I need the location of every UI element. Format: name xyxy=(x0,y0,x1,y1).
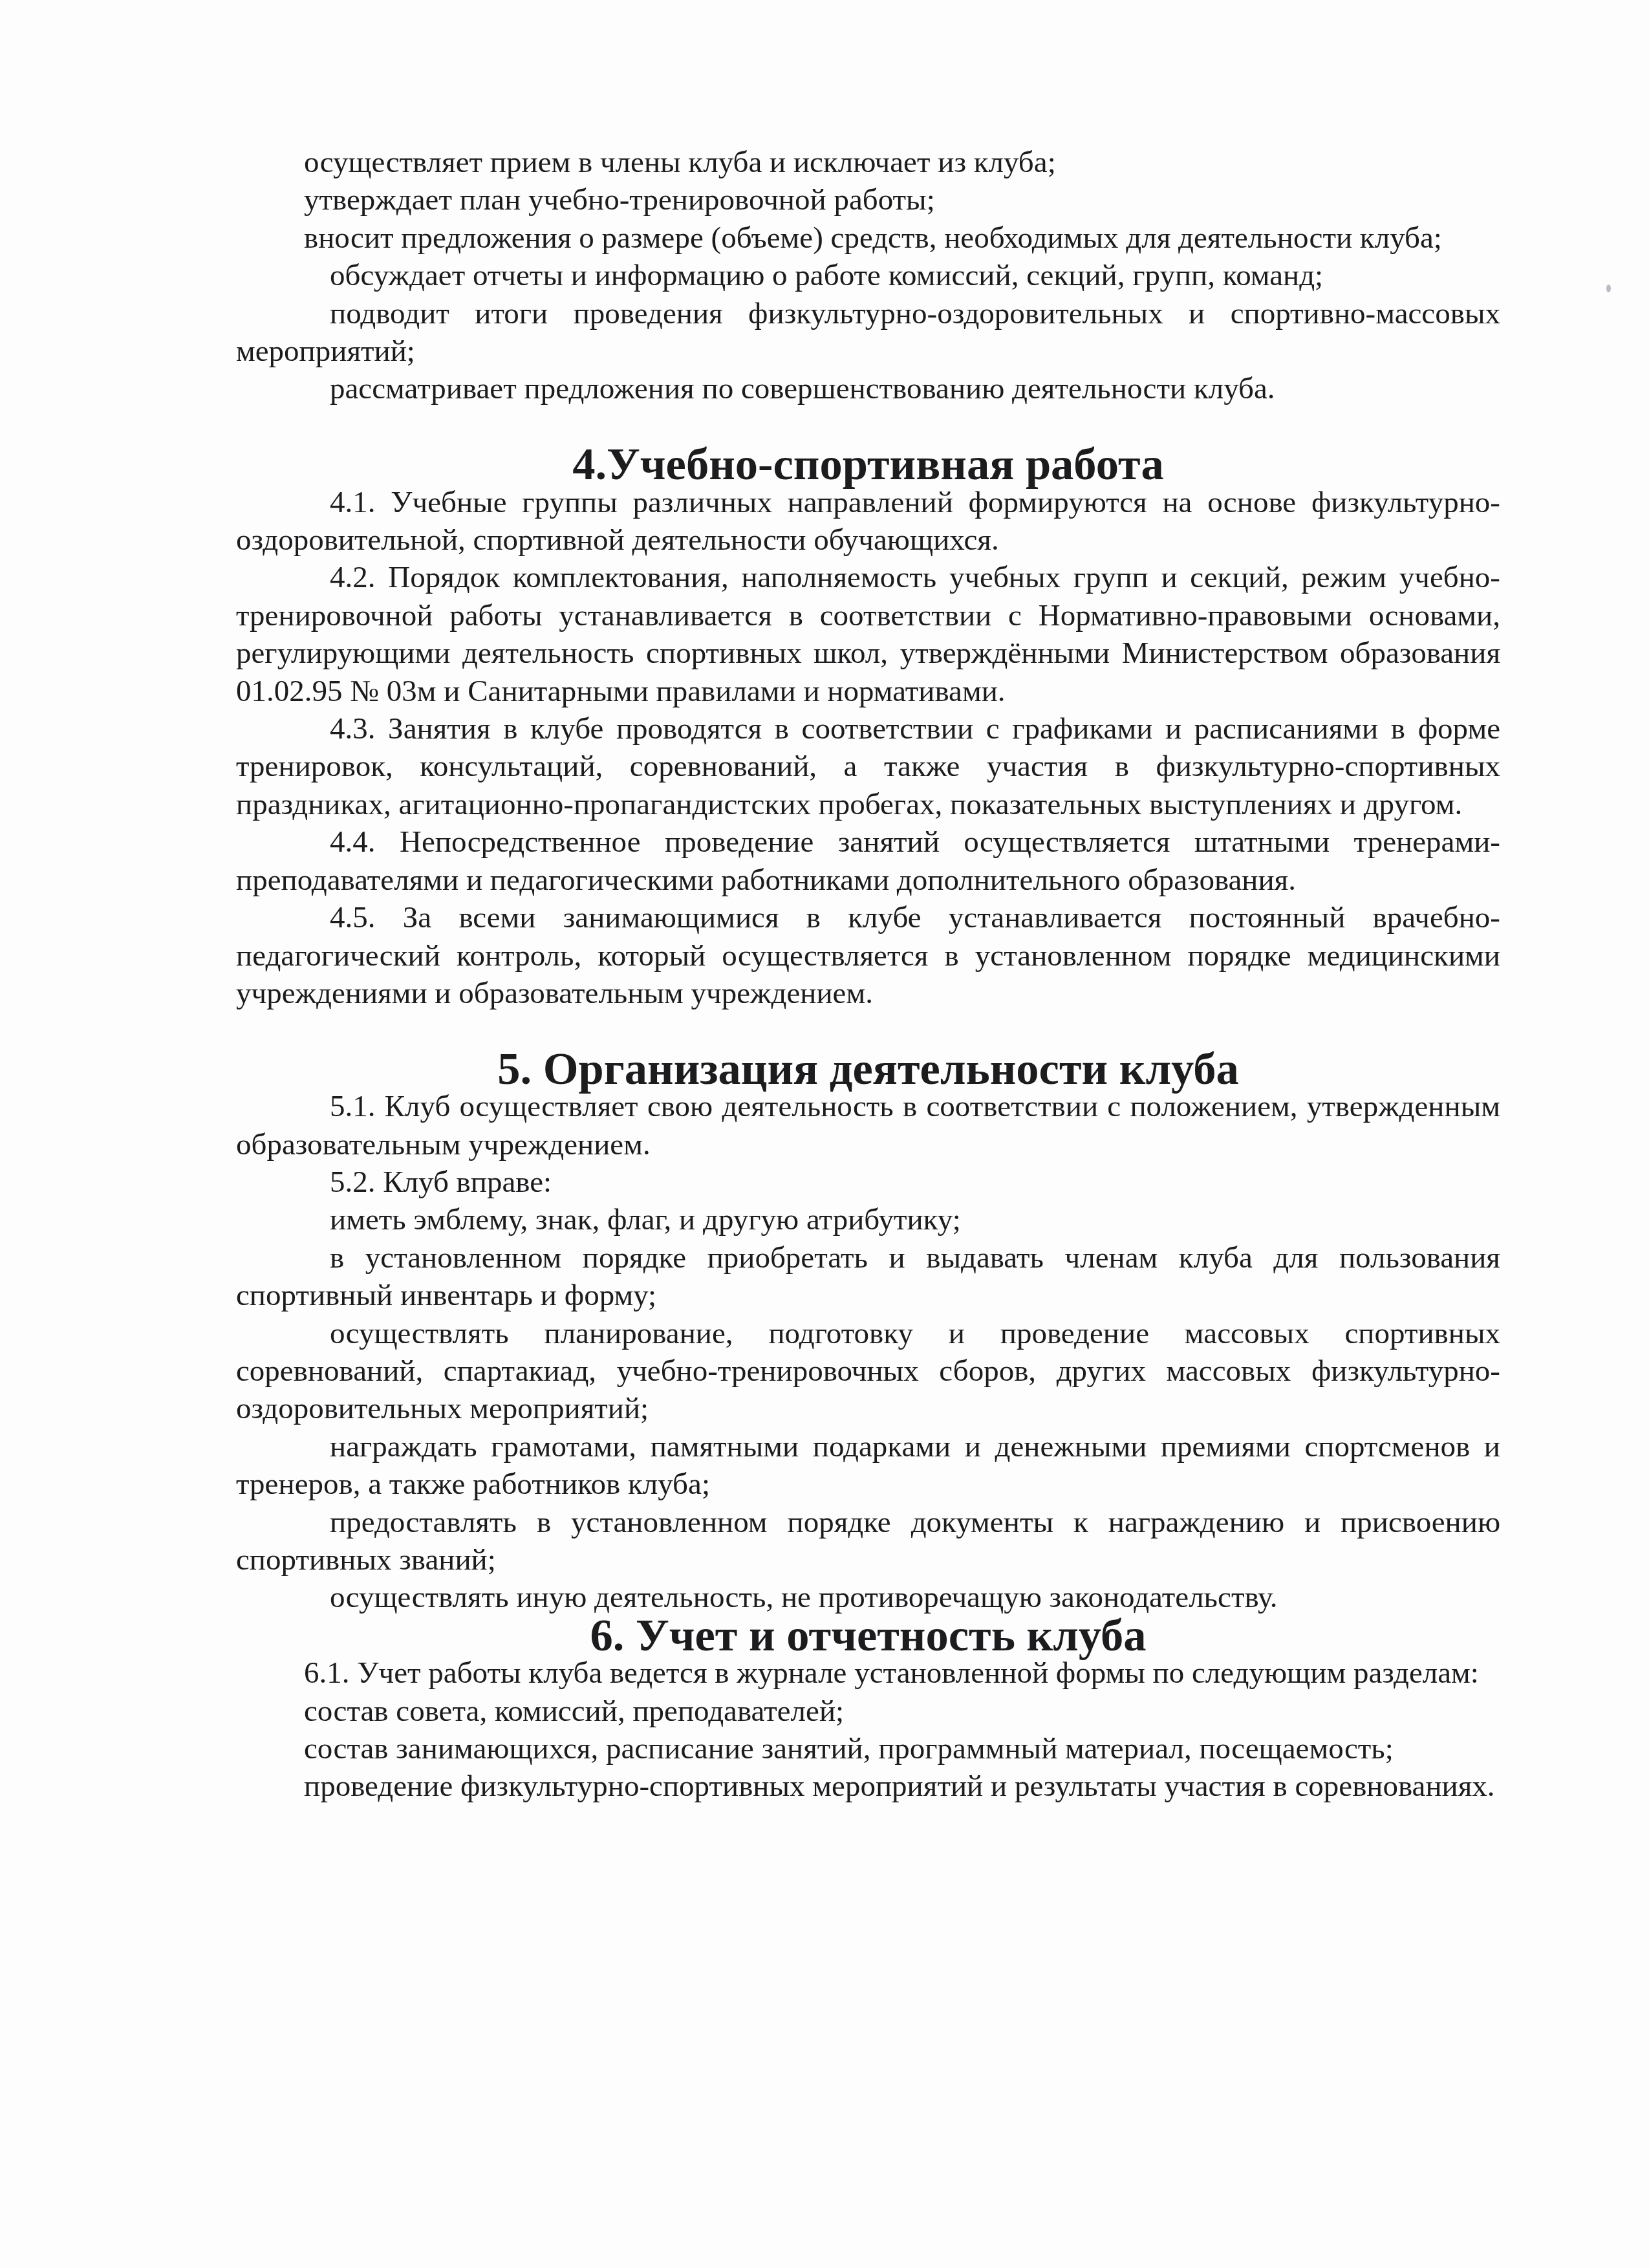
intro-item: вносит предложения о размере (объеме) ср… xyxy=(236,219,1500,257)
document-page: осуществляет прием в члены клуба и исклю… xyxy=(236,144,1500,1806)
section-5-right-item: в установленном порядке приобретать и вы… xyxy=(236,1239,1500,1315)
section-5-right-item: осуществлять планирование, подготовку и … xyxy=(236,1315,1500,1428)
section-5-paragraph: 5.1. Клуб осуществляет свою деятельность… xyxy=(236,1088,1500,1163)
section-6-list-item: состав занимающихся, расписание занятий,… xyxy=(236,1730,1500,1767)
intro-item: подводит итоги проведения физкультурно-о… xyxy=(236,295,1500,371)
section-4-paragraph: 4.5. За всеми занимающимися в клубе уста… xyxy=(236,899,1500,1012)
section-5-right-item: иметь эмблему, знак, флаг, и другую атри… xyxy=(236,1201,1500,1238)
section-4-paragraph: 4.1. Учебные группы различных направлени… xyxy=(236,484,1500,559)
section-4-heading: 4.Учебно-спортивная работа xyxy=(236,446,1500,483)
intro-item: утверждает план учебно-тренировочной раб… xyxy=(236,181,1500,219)
section-5-paragraph: 5.2. Клуб вправе: xyxy=(236,1163,1500,1201)
section-6-list-item: проведение физкультурно-спортивных мероп… xyxy=(236,1767,1500,1805)
intro-item: обсуждает отчеты и информацию о работе к… xyxy=(236,257,1500,294)
intro-item: осуществляет прием в члены клуба и исклю… xyxy=(236,144,1500,181)
section-6-heading: 6. Учет и отчетность клуба xyxy=(236,1617,1500,1654)
section-6-list-item: состав совета, комиссий, преподавателей; xyxy=(236,1692,1500,1730)
section-5-right-item: награждать грамотами, памятными подаркам… xyxy=(236,1428,1500,1504)
section-6-paragraph: 6.1. Учет работы клуба ведется в журнале… xyxy=(236,1654,1500,1692)
intro-item: рассматривает предложения по совершенств… xyxy=(236,370,1500,407)
section-5-right-item: предоставлять в установленном порядке до… xyxy=(236,1504,1500,1579)
section-5-heading: 5. Организация деятельности клуба xyxy=(236,1050,1500,1088)
scan-speck xyxy=(1606,285,1611,292)
section-4-paragraph: 4.4. Непосредственное проведение занятий… xyxy=(236,823,1500,899)
section-4-paragraph: 4.3. Занятия в клубе проводятся в соотве… xyxy=(236,710,1500,823)
section-4-paragraph: 4.2. Порядок комплектования, наполняемос… xyxy=(236,559,1500,710)
